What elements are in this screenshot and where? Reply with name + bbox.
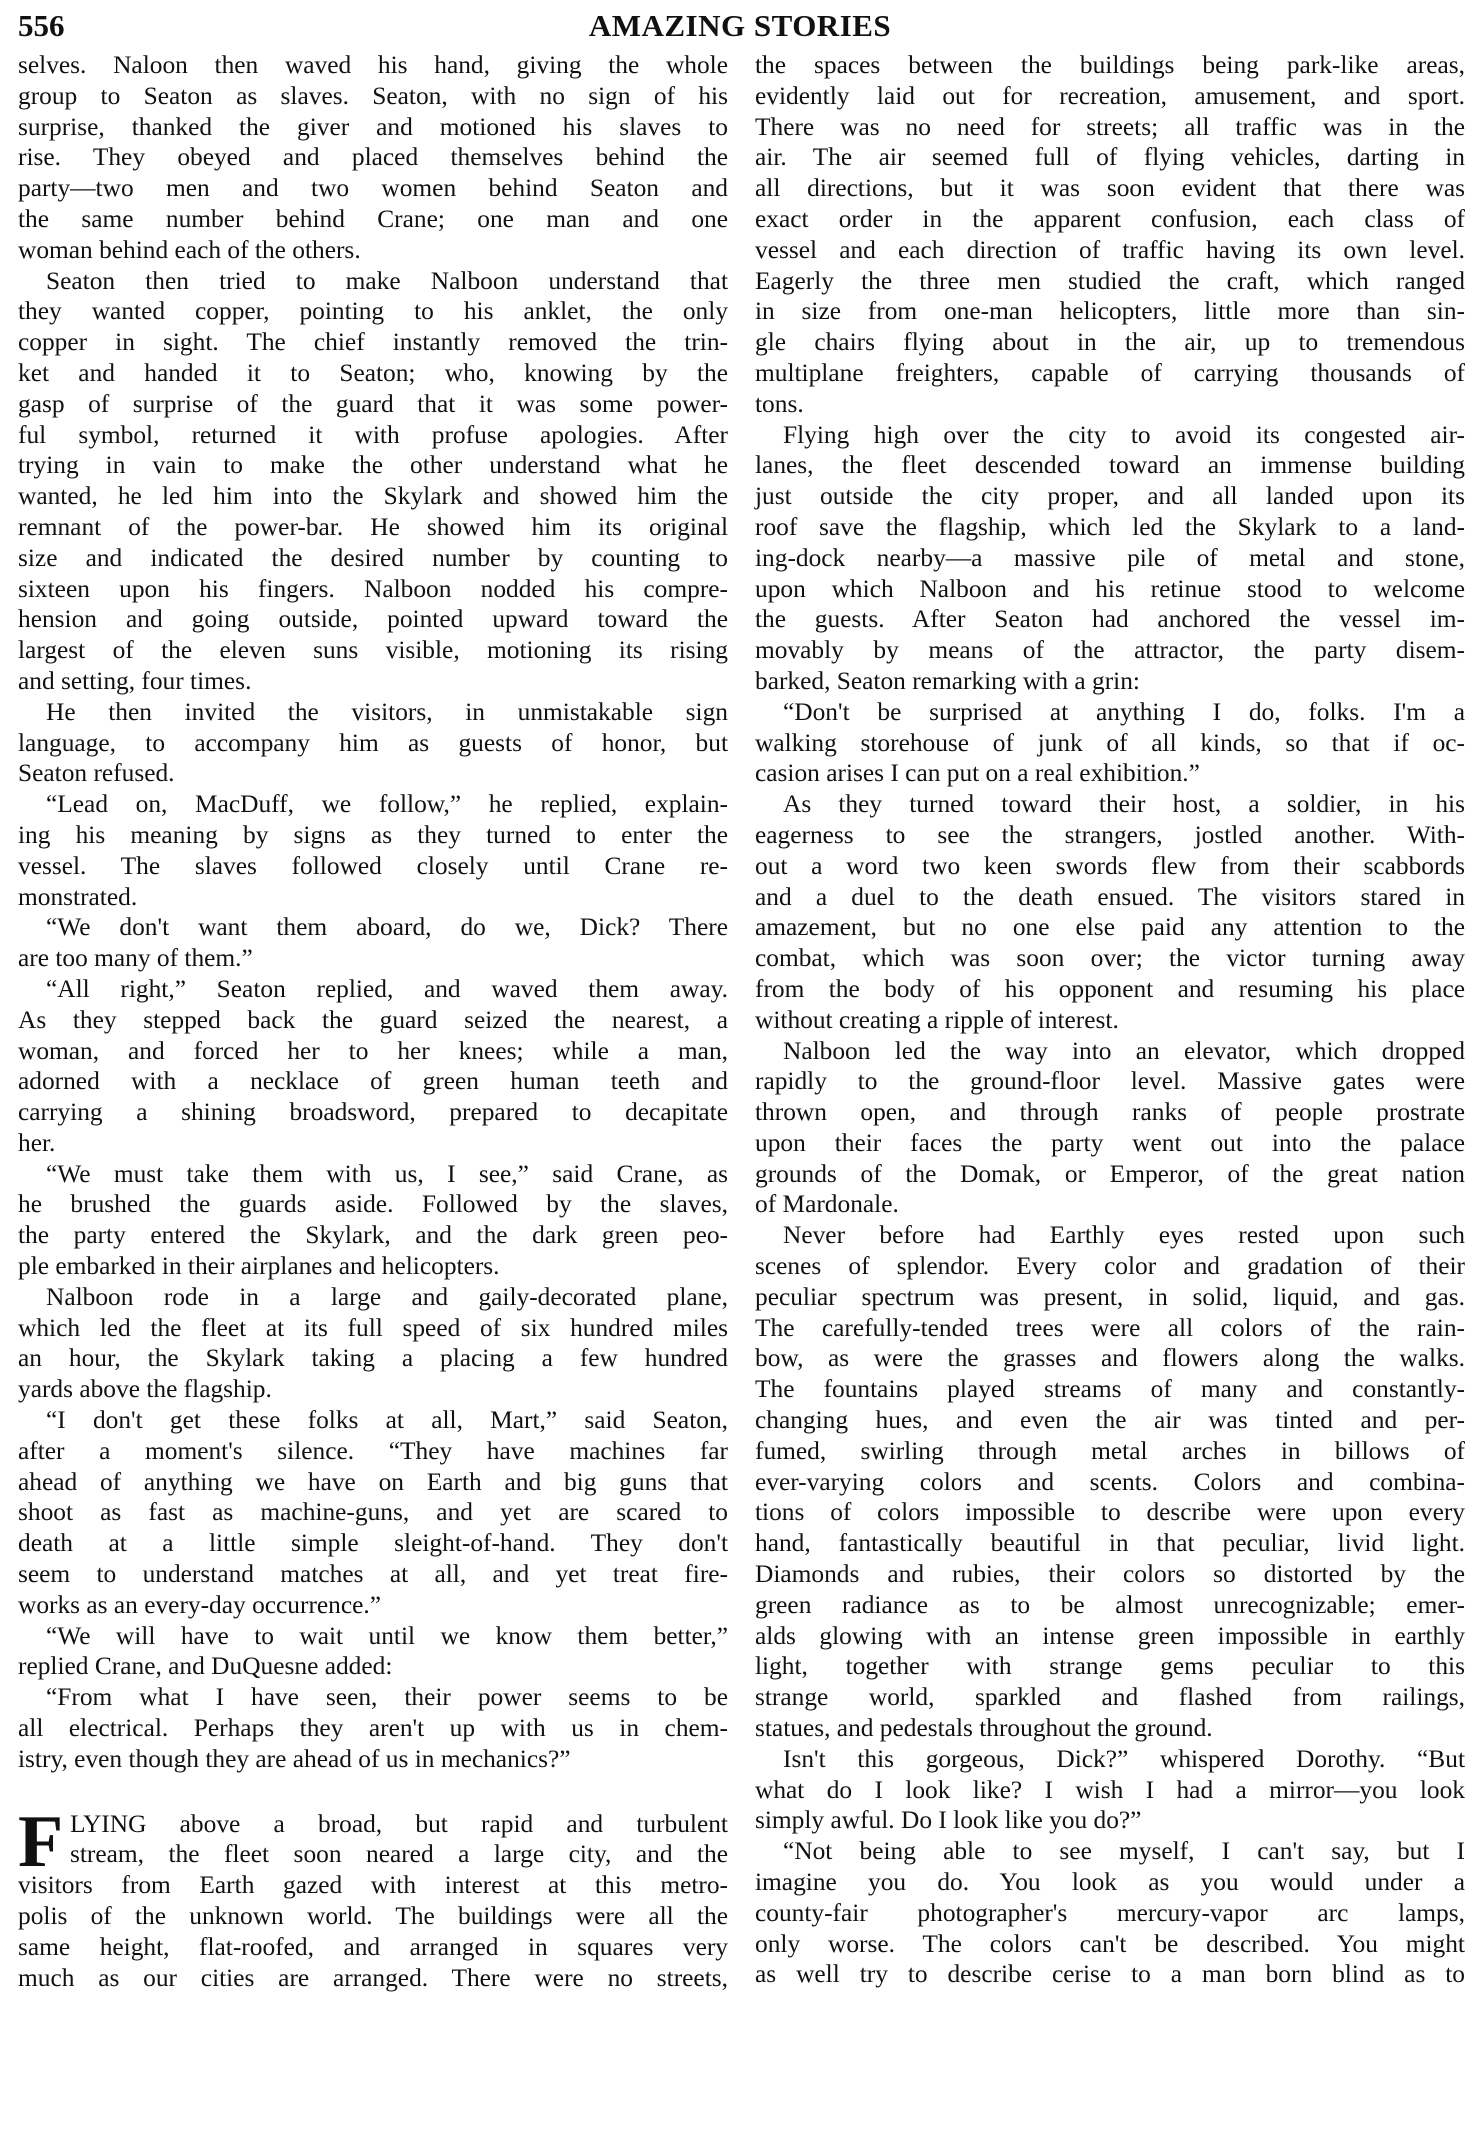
right-column-text: the spaces between the buildings being p… [755, 50, 1465, 1990]
text-line: barked, Seaton remarking with a grin: [755, 666, 1465, 697]
text-line: woman behind each of the others. [18, 235, 728, 266]
section-opening: F LYING above a broad, but rapid and tur… [18, 1809, 728, 1994]
text-line: Never before had Earthly eyes rested upo… [755, 1220, 1465, 1251]
text-line: wanted, he led him into the Skylark and … [18, 481, 728, 512]
page-header: 556 AMAZING STORIES [18, 8, 1462, 48]
text-line: just outside the city proper, and all la… [755, 481, 1465, 512]
text-line: ever-varying colors and scents. Colors a… [755, 1467, 1465, 1498]
text-line: vessel. The slaves followed closely unti… [18, 851, 728, 882]
text-line: Isn't this gorgeous, Dick?” whispered Do… [755, 1744, 1465, 1775]
text-line: out a word two keen swords flew from the… [755, 851, 1465, 882]
text-line: “We will have to wait until we know them… [18, 1621, 728, 1652]
text-line: scenes of splendor. Every color and grad… [755, 1251, 1465, 1282]
text-line: fumed, swirling through metal arches in … [755, 1436, 1465, 1467]
text-line: tons. [755, 389, 1465, 420]
text-line: alds glowing with an intense green impos… [755, 1621, 1465, 1652]
text-line: evidently laid out for recreation, amuse… [755, 81, 1465, 112]
text-line: combat, which was soon over; the victor … [755, 943, 1465, 974]
text-line: thrown open, and through ranks of people… [755, 1097, 1465, 1128]
text-line: largest of the eleven suns visible, moti… [18, 635, 728, 666]
text-line: polis of the unknown world. The building… [18, 1901, 728, 1932]
text-line: Seaton then tried to make Nalboon unders… [18, 266, 728, 297]
text-line: in size from one-man helicopters, little… [755, 296, 1465, 327]
text-line: upon which Nalboon and his retinue stood… [755, 574, 1465, 605]
text-line: death at a little simple sleight-of-hand… [18, 1528, 728, 1559]
text-line: roof save the flagship, which led the Sk… [755, 512, 1465, 543]
text-line: only worse. The colors can't be describe… [755, 1929, 1465, 1960]
text-line: “Don't be surprised at anything I do, fo… [755, 697, 1465, 728]
text-line: Flying high over the city to avoid its c… [755, 420, 1465, 451]
text-line: they wanted copper, pointing to his ankl… [18, 296, 728, 327]
text-line: of Mardonale. [755, 1189, 1465, 1220]
text-line: stream, the fleet soon neared a large ci… [18, 1839, 728, 1870]
text-line: the party entered the Skylark, and the d… [18, 1220, 728, 1251]
text-line: statues, and pedestals throughout the gr… [755, 1713, 1465, 1744]
text-line: vessel and each direction of traffic hav… [755, 235, 1465, 266]
text-line: woman, and forced her to her knees; whil… [18, 1036, 728, 1067]
text-line: ful symbol, returned it with profuse apo… [18, 420, 728, 451]
text-line: The carefully-tended trees were all colo… [755, 1313, 1465, 1344]
section-opening-text: LYING above a broad, but rapid and turbu… [18, 1809, 728, 1994]
text-line: upon their faces the party went out into… [755, 1128, 1465, 1159]
text-line: lanes, the fleet descended toward an imm… [755, 450, 1465, 481]
text-line: much as our cities are arranged. There w… [18, 1963, 728, 1994]
text-line: size and indicated the desired number by… [18, 543, 728, 574]
text-line: ing his meaning by signs as they turned … [18, 820, 728, 851]
right-column: the spaces between the buildings being p… [755, 50, 1465, 1990]
text-line: “All right,” Seaton replied, and waved t… [18, 974, 728, 1005]
text-line: istry, even though they are ahead of us … [18, 1744, 728, 1775]
text-line: ing-dock nearby—a massive pile of metal … [755, 543, 1465, 574]
text-line: from the body of his opponent and resumi… [755, 974, 1465, 1005]
text-line: eagerness to see the strangers, jostled … [755, 820, 1465, 851]
text-line: he brushed the guards aside. Followed by… [18, 1189, 728, 1220]
running-title: AMAZING STORIES [18, 8, 1462, 44]
text-line: and setting, four times. [18, 666, 728, 697]
text-line: sixteen upon his fingers. Nalboon nodded… [18, 574, 728, 605]
text-line: all electrical. Perhaps they aren't up w… [18, 1713, 728, 1744]
text-line: Nalboon rode in a large and gaily-decora… [18, 1282, 728, 1313]
text-line: As they turned toward their host, a sold… [755, 789, 1465, 820]
text-line: Diamonds and rubies, their colors so dis… [755, 1559, 1465, 1590]
text-line: rapidly to the ground-floor level. Massi… [755, 1066, 1465, 1097]
text-line: simply awful. Do I look like you do?” [755, 1805, 1465, 1836]
text-line: “I don't get these folks at all, Mart,” … [18, 1405, 728, 1436]
text-line: “Lead on, MacDuff, we follow,” he replie… [18, 789, 728, 820]
text-line: the spaces between the buildings being p… [755, 50, 1465, 81]
text-line: same height, flat-roofed, and arranged i… [18, 1932, 728, 1963]
text-line: visitors from Earth gazed with interest … [18, 1870, 728, 1901]
text-line: monstrated. [18, 882, 728, 913]
text-line: shoot as fast as machine-guns, and yet a… [18, 1497, 728, 1528]
text-line: ket and handed it to Seaton; who, knowin… [18, 358, 728, 389]
text-line: There was no need for streets; all traff… [755, 112, 1465, 143]
text-line: the guests. After Seaton had anchored th… [755, 604, 1465, 635]
text-line: copper in sight. The chief instantly rem… [18, 327, 728, 358]
text-line: grounds of the Domak, or Emperor, of the… [755, 1159, 1465, 1190]
text-line: gle chairs flying about in the air, up t… [755, 327, 1465, 358]
text-line: and a duel to the death ensued. The visi… [755, 882, 1465, 913]
text-line: hand, fantastically beautiful in that pe… [755, 1528, 1465, 1559]
text-line: Eagerly the three men studied the craft,… [755, 266, 1465, 297]
text-line: “We must take them with us, I see,” said… [18, 1159, 728, 1190]
text-line: imagine you do. You look as you would un… [755, 1867, 1465, 1898]
text-line: gasp of surprise of the guard that it wa… [18, 389, 728, 420]
text-line: surprise, thanked the giver and motioned… [18, 112, 728, 143]
text-line: an hour, the Skylark taking a placing a … [18, 1343, 728, 1374]
left-column-text: selves. Naloon then waved his hand, givi… [18, 50, 728, 1775]
text-line: adorned with a necklace of green human t… [18, 1066, 728, 1097]
text-line: The fountains played streams of many and… [755, 1374, 1465, 1405]
text-line: ple embarked in their airplanes and heli… [18, 1251, 728, 1282]
text-line: works as an every-day occurrence.” [18, 1590, 728, 1621]
text-line: green radiance as to be almost unrecogni… [755, 1590, 1465, 1621]
text-line: tions of colors impossible to describe w… [755, 1497, 1465, 1528]
text-line: “We don't want them aboard, do we, Dick?… [18, 912, 728, 943]
text-line: amazement, but no one else paid any atte… [755, 912, 1465, 943]
section-break-gap [18, 1775, 728, 1809]
text-line: movably by means of the attractor, the p… [755, 635, 1465, 666]
text-line: light, together with strange gems peculi… [755, 1651, 1465, 1682]
text-line: seem to understand matches at all, and y… [18, 1559, 728, 1590]
drop-cap: F [18, 1811, 63, 1873]
text-line: yards above the flagship. [18, 1374, 728, 1405]
text-line: As they stepped back the guard seized th… [18, 1005, 728, 1036]
text-line: “Not being able to see myself, I can't s… [755, 1836, 1465, 1867]
text-line: remnant of the power-bar. He showed him … [18, 512, 728, 543]
text-line: peculiar spectrum was present, in solid,… [755, 1282, 1465, 1313]
text-line: rise. They obeyed and placed themselves … [18, 142, 728, 173]
text-line: after a moment's silence. “They have mac… [18, 1436, 728, 1467]
text-line: walking storehouse of junk of all kinds,… [755, 728, 1465, 759]
text-line: Nalboon led the way into an elevator, wh… [755, 1036, 1465, 1067]
text-line: what do I look like? I wish I had a mirr… [755, 1775, 1465, 1806]
text-line: bow, as were the grasses and flowers alo… [755, 1343, 1465, 1374]
text-line: selves. Naloon then waved his hand, givi… [18, 50, 728, 81]
text-line: replied Crane, and DuQuesne added: [18, 1651, 728, 1682]
text-line: casion arises I can put on a real exhibi… [755, 758, 1465, 789]
text-line: county-fair photographer's mercury-vapor… [755, 1898, 1465, 1929]
text-line: trying in vain to make the other underst… [18, 450, 728, 481]
text-line: air. The air seemed full of flying vehic… [755, 142, 1465, 173]
text-line: all directions, but it was soon evident … [755, 173, 1465, 204]
text-line: language, to accompany him as guests of … [18, 728, 728, 759]
text-line: He then invited the visitors, in unmista… [18, 697, 728, 728]
text-line: as well try to describe cerise to a man … [755, 1959, 1465, 1990]
text-line: the same number behind Crane; one man an… [18, 204, 728, 235]
text-line: hension and going outside, pointed upwar… [18, 604, 728, 635]
text-line: are too many of them.” [18, 943, 728, 974]
text-line: multiplane freighters, capable of carryi… [755, 358, 1465, 389]
text-line: party—two men and two women behind Seato… [18, 173, 728, 204]
text-line: which led the fleet at its full speed of… [18, 1313, 728, 1344]
text-line: strange world, sparkled and flashed from… [755, 1682, 1465, 1713]
text-line: exact order in the apparent confusion, e… [755, 204, 1465, 235]
text-line: changing hues, and even the air was tint… [755, 1405, 1465, 1436]
text-line: Seaton refused. [18, 758, 728, 789]
text-line: LYING above a broad, but rapid and turbu… [18, 1809, 728, 1840]
text-line: without creating a ripple of interest. [755, 1005, 1465, 1036]
text-line: “From what I have seen, their power seem… [18, 1682, 728, 1713]
text-line: group to Seaton as slaves. Seaton, with … [18, 81, 728, 112]
text-line: ahead of anything we have on Earth and b… [18, 1467, 728, 1498]
left-column: selves. Naloon then waved his hand, givi… [18, 50, 728, 1993]
text-line: carrying a shining broadsword, prepared … [18, 1097, 728, 1128]
text-line: her. [18, 1128, 728, 1159]
